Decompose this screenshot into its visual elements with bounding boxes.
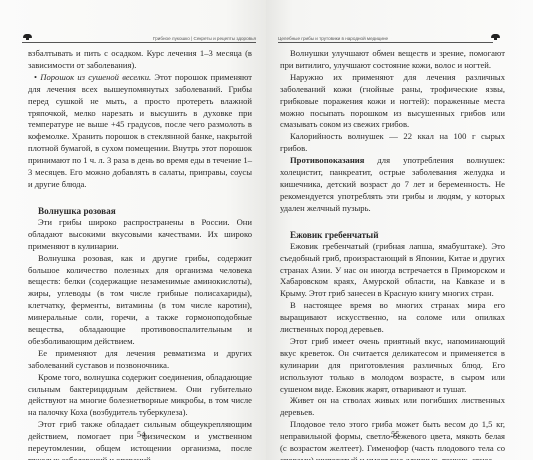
paragraph: В настоящее время во многих странах мира…	[280, 300, 505, 336]
paragraph: Кроме того, волнушка содержит соединения…	[28, 372, 252, 420]
bullet-lead: Порошок из сушеной веселки.	[40, 72, 151, 82]
paragraph: Волнушка розовая, как и другие грибы, со…	[28, 253, 252, 348]
paragraph: Ее применяют для лечения ревматизма и др…	[28, 348, 252, 372]
section-heading: Ежовик гребенчатый	[280, 229, 505, 241]
paragraph: Наружно их применяют для лечения различн…	[280, 72, 505, 132]
paragraph: Волнушки улучшают обмен веществ и зрение…	[280, 48, 505, 72]
running-head-left: Грибное лукошко | Секреты и рецепты здор…	[22, 30, 256, 43]
left-page-body: взбалтывать и пить с осадком. Курс лечен…	[28, 48, 252, 460]
running-head-text: Целебные грибы и трутовики в народной ме…	[278, 36, 388, 42]
paragraph: Калорийность волнушек — 22 ккал на 100 г…	[280, 131, 505, 155]
section-heading: Волнушка розовая	[28, 205, 252, 217]
contraindications-label: Противопоказания	[290, 155, 364, 165]
page-number: 54	[137, 430, 145, 439]
paragraph: Плодовое тело этого гриба может быть вес…	[280, 419, 505, 460]
left-page: Грибное лукошко | Секреты и рецепты здор…	[0, 0, 266, 460]
mushroom-icon	[490, 34, 501, 40]
paragraph: Ежовик гребенчатый (грибная лапша, ямабу…	[280, 241, 505, 301]
paragraph: Этот гриб имеет очень приятный вкус, нап…	[280, 336, 505, 396]
book-spread: Грибное лукошко | Секреты и рецепты здор…	[0, 0, 533, 460]
running-head-right: Целебные грибы и трутовики в народной ме…	[278, 30, 493, 43]
bullet-text: Этот порошок применяют для лечения всех …	[28, 72, 252, 189]
running-head-text: Грибное лукошко | Секреты и рецепты здор…	[153, 36, 256, 42]
paragraph: Живет он на стволах живых или погибших л…	[280, 395, 505, 419]
right-page-body: Волнушки улучшают обмен веществ и зрение…	[280, 48, 505, 460]
right-page: Целебные грибы и трутовики в народной ме…	[266, 0, 533, 460]
bullet-paragraph: • Порошок из сушеной веселки. Этот порош…	[28, 72, 252, 191]
page-number: 55	[391, 430, 399, 439]
paragraph: Этот гриб также обладает сильным общеукр…	[28, 419, 252, 460]
paragraph: Эти грибы широко распространены в России…	[28, 217, 252, 253]
paragraph: взбалтывать и пить с осадком. Курс лечен…	[28, 48, 252, 72]
contraindications-paragraph: Противопоказания для употребления волнуш…	[280, 155, 505, 215]
bullet-marker: •	[34, 72, 37, 82]
